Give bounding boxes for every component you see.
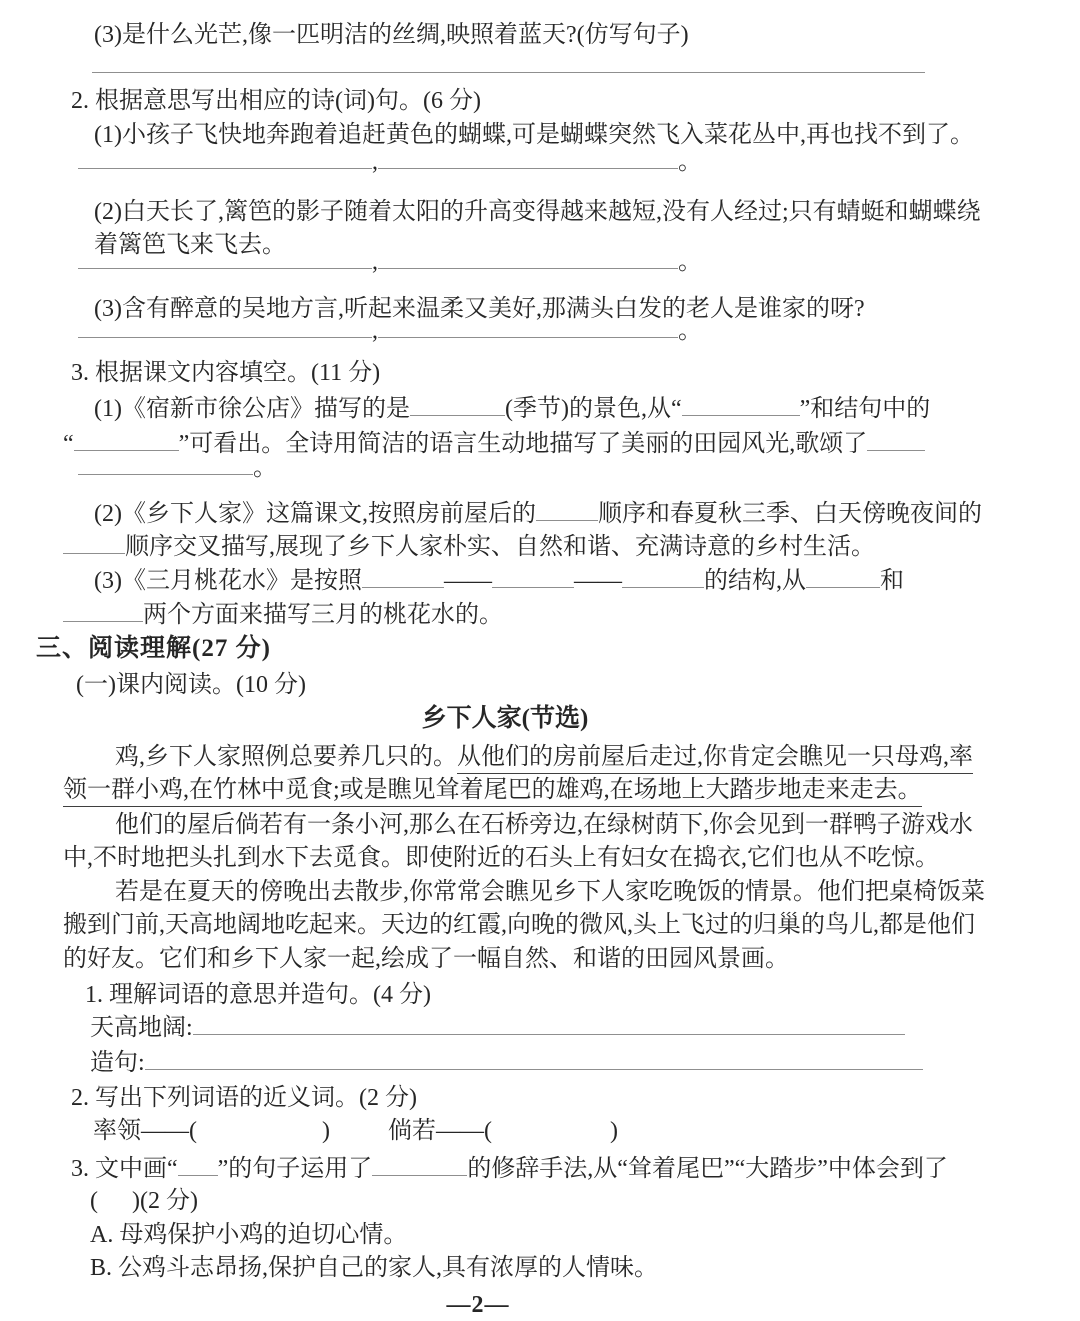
prompt-text: (2)白天长了,篱笆的影子随着太阳的升高变得越来越短,没有人经过;只有蜻蜓和蝴蝶… [94,199,981,225]
section-3-subheading: (一)课内阅读。(10 分) [76,670,306,700]
fill-blank [410,393,505,416]
question-title-text: 2. 写出下列词语的近义词。(2 分) [71,1085,417,1111]
structure-dash: —— [444,568,492,594]
q3-item3-line2: 两个方面来描写三月的桃花水的。 [63,599,503,630]
passage-text: 鸡,乡下人家照例总要养几只的。 [115,744,457,770]
reading-q1-word-line: 天高地阔: [90,1012,905,1043]
reading-q2-title: 2. 写出下列词语的近义词。(2 分) [71,1083,417,1113]
fill-text: 的结构,从 [704,568,806,594]
q2-item3-answer-line: ,。 [78,315,702,346]
fill-text: (3)《三月桃花水》是按照 [94,568,362,594]
fill-text: “ [63,431,74,457]
passage-text: 的好友。它们和乡下人家一起,绘成了一幅自然、和谐的田园风景画。 [63,946,789,972]
passage-paragraph3-line1: 若是在夏天的傍晚出去散步,你常常会瞧见乡下人家吃晚饭的情景。他们把桌椅饭菜 [115,877,985,907]
q3-item2-line2: 顺序交叉描写,展现了乡下人家朴实、自然和谐、充满诗意的乡村生活。 [63,531,875,562]
paren-gap [197,1128,322,1138]
fill-blank [622,565,704,588]
fill-text: ”的句子运用了 [218,1156,373,1182]
passage-paragraph1-line2: 领一群小鸡,在竹林中觅食;或是瞧见耸着尾巴的雄鸡,在场地上大踏步地走来走去。 [63,775,922,805]
synonym-word: 率领——( [93,1118,197,1144]
fill-text: 3. 文中画“ [71,1156,178,1182]
section-heading-text: 三、阅读理解(27 分) [36,635,271,662]
answer-blank [378,315,678,338]
paren-close: ) [610,1118,618,1144]
fill-text: 顺序和春夏秋三季、白天傍晚夜间的 [598,501,982,527]
passage-text: 他们的屋后倘若有一条小河,那么在石桥旁边,在绿树荫下,你会见到一群鸭子游戏水 [115,812,973,838]
passage-underlined-text: 从他们的房前屋后走过,你肯定会瞧见一只母鸡,率 [457,744,973,774]
prompt-text: (1)小孩子飞快地奔跑着追赶黄色的蝴蝶,可是蝴蝶突然飞入菜花丛中,再也找不到了。 [94,122,974,148]
fill-blank [362,565,444,588]
q2-item2-prompt-line1: (2)白天长了,篱笆的影子随着太阳的升高变得越来越短,没有人经过;只有蜻蜓和蝴蝶… [94,197,981,227]
passage-text: 中,不时地把头扎到水下去觅食。即使附近的石头上有妇女在捣衣,它们也从不吃惊。 [63,845,939,871]
test-paper-page: (3)是什么光芒,像一匹明洁的丝绸,映照着蓝天?(仿写句子) 2. 根据意思写出… [0,0,1080,1321]
question-3-title: 3. 根据课文内容填空。(11 分) [71,358,380,388]
option-text: A. 母鸡保护小鸡的迫切心情。 [90,1222,407,1248]
fill-blank [806,565,880,588]
q3-item1-line1: (1)《宿新市徐公店》描写的是(季节)的景色,从“”和结句中的 [94,393,930,424]
reading-q3-optionB: B. 公鸡斗志昂扬,保护自己的家人,具有浓厚的人情味。 [90,1253,658,1283]
fill-blank [682,393,800,416]
passage-paragraph3-line3: 的好友。它们和乡下人家一起,绘成了一幅自然、和谐的田园风景画。 [63,944,789,974]
q1-item3-prompt: (3)是什么光芒,像一匹明洁的丝绸,映照着蓝天?(仿写句子) [94,20,689,50]
period: 。 [678,318,702,344]
passage-title: 乡下人家(节选) [30,704,980,734]
sentence-label: 造句: [90,1050,145,1076]
paren-close: ) [322,1118,330,1144]
fill-text: ”和结句中的 [800,396,931,422]
answer-blank [78,246,372,269]
passage-paragraph3-line2: 搬到门前,天高地阔地吃起来。天边的红霞,向晚的微风,头上飞过的归巢的鸟儿,都是他… [63,910,975,940]
fill-text: )(2 分) [132,1188,198,1214]
reading-q1-sentence-line: 造句: [90,1047,923,1078]
q1-item3-answer-line [92,50,925,81]
choice-gap [98,1198,132,1208]
passage-underlined-text: 领一群小鸡,在竹林中觅食;或是瞧见耸着尾巴的雄鸡,在场地上大踏步地走来走去。 [63,777,922,807]
fill-blank [867,428,925,451]
q2-item2-answer-line: ,。 [78,246,702,277]
option-text: B. 公鸡斗志昂扬,保护自己的家人,具有浓厚的人情味。 [90,1255,658,1281]
passage-text: 若是在夏天的傍晚出去散步,你常常会瞧见乡下人家吃晚饭的情景。他们把桌椅饭菜 [115,879,985,905]
answer-blank [378,246,678,269]
answer-blank [145,1047,923,1070]
section-3-heading: 三、阅读理解(27 分) [36,634,271,664]
fill-blank [78,452,253,475]
fill-text: (1)《宿新市徐公店》描写的是 [94,396,410,422]
answer-blank [92,50,925,73]
fill-blank [536,498,598,521]
subheading-text: (一)课内阅读。(10 分) [76,672,306,698]
synonym-word: 倘若——( [388,1118,492,1144]
word-label: 天高地阔: [90,1015,193,1041]
fill-text: (季节)的景色,从“ [505,396,682,422]
structure-dash: —— [574,568,622,594]
reading-q3-line2: ()(2 分) [90,1186,198,1216]
answer-blank [378,146,678,169]
page-number-text: —2— [447,1292,510,1318]
fill-text: ”可看出。全诗用简洁的语言生动地描写了美丽的田园风光,歌颂了 [179,431,868,457]
page-number: —2— [0,1290,956,1320]
reading-q2-synonyms-line: 率领——()倘若——() [93,1116,618,1146]
paren-open: ( [90,1188,98,1214]
reading-q3-line1: 3. 文中画“”的句子运用了的修辞手法,从“耸着尾巴”“大踏步”中体会到了 [71,1153,948,1184]
q2-item1-answer-line: ,。 [78,146,702,177]
question-title-text: 3. 根据课文内容填空。(11 分) [71,360,380,386]
fill-blank [372,1153,467,1176]
fill-text: 的修辞手法,从“耸着尾巴”“大踏步”中体会到了 [467,1156,948,1182]
period: 。 [678,149,702,175]
fill-blank [63,531,125,554]
q3-item2-line1: (2)《乡下人家》这篇课文,按照房前屋后的顺序和春夏秋三季、白天傍晚夜间的 [94,498,982,529]
fill-blank [74,428,179,451]
question-2-title: 2. 根据意思写出相应的诗(词)句。(6 分) [71,86,481,116]
answer-blank [78,315,372,338]
answer-blank [193,1012,905,1035]
fill-blank [178,1153,218,1176]
q3-item1-line3: 。 [78,452,277,483]
passage-text: 搬到门前,天高地阔地吃起来。天边的红霞,向晚的微风,头上飞过的归巢的鸟儿,都是他… [63,912,975,938]
fill-text: 顺序交叉描写,展现了乡下人家朴实、自然和谐、充满诗意的乡村生活。 [125,534,875,560]
fill-text: 。 [253,455,277,481]
question-title-text: 2. 根据意思写出相应的诗(词)句。(6 分) [71,88,481,114]
fill-text: 和 [880,568,904,594]
fill-blank [492,565,574,588]
prompt-text: (3)是什么光芒,像一匹明洁的丝绸,映照着蓝天?(仿写句子) [94,22,689,48]
fill-text: (2)《乡下人家》这篇课文,按照房前屋后的 [94,501,536,527]
fill-text: 两个方面来描写三月的桃花水的。 [143,602,503,628]
question-title-text: 1. 理解词语的意思并造句。(4 分) [85,982,431,1008]
period: 。 [678,249,702,275]
passage-paragraph2-line1: 他们的屋后倘若有一条小河,那么在石桥旁边,在绿树荫下,你会见到一群鸭子游戏水 [115,810,973,840]
reading-q1-title: 1. 理解词语的意思并造句。(4 分) [85,980,431,1010]
reading-q3-optionA: A. 母鸡保护小鸡的迫切心情。 [90,1220,407,1250]
paren-gap [492,1128,610,1138]
column-gap [330,1128,388,1138]
passage-paragraph1-line1: 鸡,乡下人家照例总要养几只的。从他们的房前屋后走过,你肯定会瞧见一只母鸡,率 [115,742,973,772]
answer-blank [78,146,372,169]
fill-blank [63,599,143,622]
passage-paragraph2-line2: 中,不时地把头扎到水下去觅食。即使附近的石头上有妇女在捣衣,它们也从不吃惊。 [63,843,939,873]
passage-title-text: 乡下人家(节选) [422,705,589,732]
q3-item3-line1: (3)《三月桃花水》是按照————的结构,从和 [94,565,904,596]
